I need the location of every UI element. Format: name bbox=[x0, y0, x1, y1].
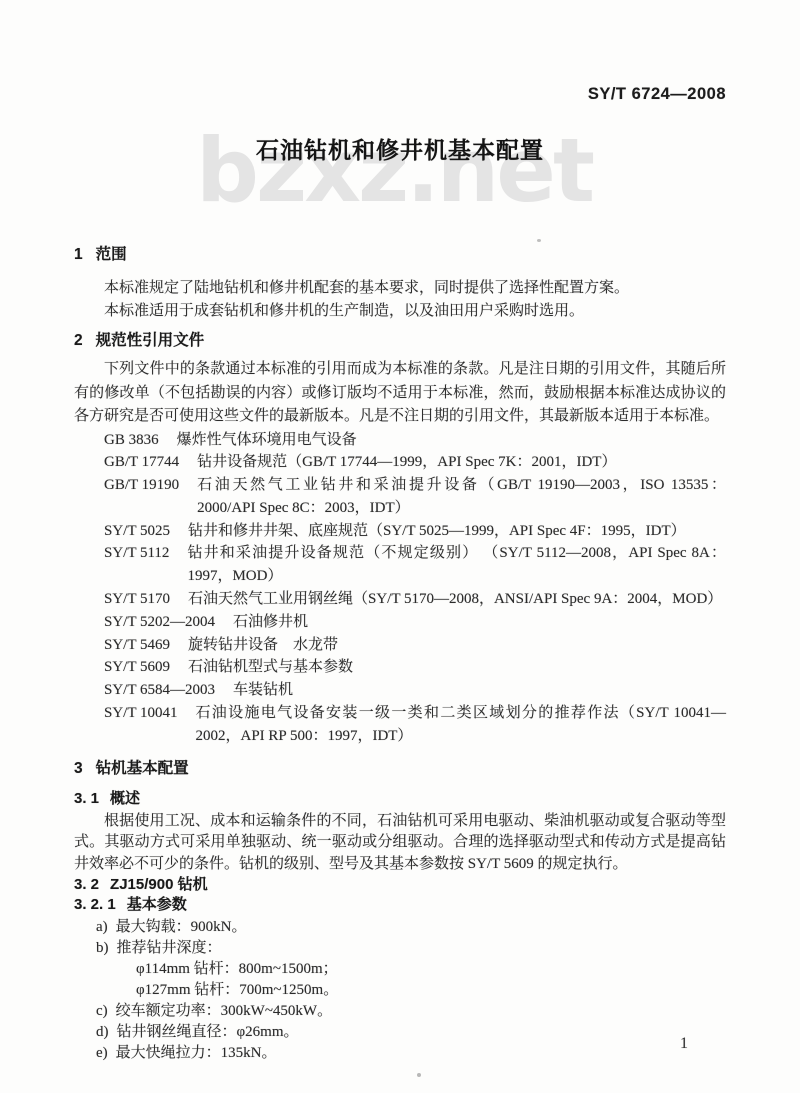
section-3-2-1-title: 基本参数 bbox=[127, 895, 187, 915]
reference-code: SY/T 5025 bbox=[104, 520, 170, 543]
reference-title: 石油天然气工业钻井和采油提升设备（GB/T 19190—2003，ISO 135… bbox=[197, 474, 726, 520]
section-3-2-heading: 3. 2 ZJ15/900 钻机 bbox=[74, 875, 726, 895]
section-3-title: 钻机基本配置 bbox=[96, 759, 189, 779]
list-item: d) 钻井钢丝绳直径：φ26mm。 bbox=[96, 1022, 726, 1043]
list-text: φ127mm 钻杆：700m~1250m。 bbox=[136, 980, 338, 1001]
section-3-2-title: ZJ15/900 钻机 bbox=[110, 875, 208, 895]
section-1-heading: 1 范围 bbox=[74, 245, 726, 265]
section-3-1-title: 概述 bbox=[110, 789, 140, 809]
scope-paragraph-2: 本标准适用于成套钻机和修井机的生产制造，以及油田用户采购时选用。 bbox=[74, 300, 726, 323]
reference-code: SY/T 5202—2004 bbox=[104, 611, 215, 634]
section-3-2-1-heading: 3. 2. 1 基本参数 bbox=[74, 895, 726, 915]
section-3-2-number: 3. 2 bbox=[74, 875, 99, 895]
reference-title: 车装钻机 bbox=[233, 679, 726, 702]
references-intro-paragraph: 下列文件中的条款通过本标准的引用而成为本标准的条款。凡是注日期的引用文件，其随后… bbox=[74, 358, 726, 429]
reference-item: SY/T 5112 钻井和采油提升设备规范（不规定级别） （SY/T 5112—… bbox=[104, 542, 726, 588]
reference-item: SY/T 5202—2004 石油修井机 bbox=[104, 611, 726, 634]
reference-item: GB 3836 爆炸性气体环境用电气设备 bbox=[104, 429, 726, 452]
reference-title: 钻井和修井井架、底座规范（SY/T 5025—1999，API Spec 4F：… bbox=[188, 520, 726, 543]
list-subitem: φ114mm 钻杆：800m~1500m； bbox=[136, 959, 726, 980]
reference-title: 石油修井机 bbox=[233, 611, 726, 634]
list-item: c) 绞车额定功率：300kW~450kW。 bbox=[96, 1001, 726, 1022]
reference-title: 爆炸性气体环境用电气设备 bbox=[177, 429, 726, 452]
list-marker: d) bbox=[96, 1022, 109, 1043]
list-text: 钻井钢丝绳直径：φ26mm。 bbox=[117, 1022, 299, 1043]
list-item: b) 推荐钻井深度： bbox=[96, 938, 726, 959]
overview-paragraph: 根据使用工况、成本和运输条件的不同，石油钻机可采用电驱动、柴油机驱动或复合驱动等… bbox=[74, 811, 726, 876]
reference-title: 石油天然气工业用钢丝绳（SY/T 5170—2008，ANSI/API Spec… bbox=[188, 588, 726, 611]
section-3-2-1-number: 3. 2. 1 bbox=[74, 895, 116, 915]
list-subitem: φ127mm 钻杆：700m~1250m。 bbox=[136, 980, 726, 1001]
list-text: 最大钩载：900kN。 bbox=[116, 917, 247, 938]
reference-title: 钻井和采油提升设备规范（不规定级别） （SY/T 5112—2008，API S… bbox=[187, 542, 726, 588]
parameter-list: a) 最大钩载：900kN。 b) 推荐钻井深度： φ114mm 钻杆：800m… bbox=[74, 917, 726, 1064]
reference-list: GB 3836 爆炸性气体环境用电气设备 GB/T 17744 钻井设备规范（G… bbox=[104, 429, 726, 748]
reference-title: 石油钻机型式与基本参数 bbox=[188, 656, 726, 679]
list-marker: a) bbox=[96, 917, 108, 938]
section-1-title: 范围 bbox=[96, 245, 127, 265]
list-item: a) 最大钩载：900kN。 bbox=[96, 917, 726, 938]
section-2-heading: 2 规范性引用文件 bbox=[74, 331, 726, 351]
reference-code: GB/T 19190 bbox=[104, 474, 179, 520]
document-title: 石油钻机和修井机基本配置 bbox=[74, 135, 726, 165]
scan-speck bbox=[417, 1073, 421, 1077]
reference-code: SY/T 5469 bbox=[104, 634, 170, 657]
section-2-number: 2 bbox=[74, 331, 83, 351]
section-3-1-heading: 3. 1 概述 bbox=[74, 789, 726, 809]
section-3-number: 3 bbox=[74, 759, 83, 779]
reference-item: SY/T 5469 旋转钻井设备 水龙带 bbox=[104, 634, 726, 657]
section-3-1-number: 3. 1 bbox=[74, 789, 99, 809]
list-text: 最大快绳拉力：135kN。 bbox=[116, 1043, 277, 1064]
section-2-title: 规范性引用文件 bbox=[96, 331, 205, 351]
list-text: 绞车额定功率：300kW~450kW。 bbox=[116, 1001, 332, 1022]
reference-item: SY/T 6584—2003 车装钻机 bbox=[104, 679, 726, 702]
reference-code: GB 3836 bbox=[104, 429, 159, 452]
reference-code: SY/T 5170 bbox=[104, 588, 170, 611]
document-page: SY/T 6724—2008 bzxz.net 石油钻机和修井机基本配置 1 范… bbox=[0, 0, 800, 1093]
reference-item: SY/T 5170 石油天然气工业用钢丝绳（SY/T 5170—2008，ANS… bbox=[104, 588, 726, 611]
doc-number: SY/T 6724—2008 bbox=[74, 86, 726, 103]
title-block: bzxz.net 石油钻机和修井机基本配置 bbox=[74, 135, 726, 201]
reference-title: 石油设施电气设备安装一级一类和二类区域划分的推荐作法（SY/T 10041—20… bbox=[195, 702, 726, 748]
list-text: φ114mm 钻杆：800m~1500m； bbox=[136, 959, 338, 980]
page-number: 1 bbox=[680, 1035, 688, 1052]
section-1-number: 1 bbox=[74, 245, 83, 265]
reference-title: 钻井设备规范（GB/T 17744—1999，API Spec 7K：2001，… bbox=[197, 451, 726, 474]
list-marker: b) bbox=[96, 938, 109, 959]
reference-code: SY/T 6584—2003 bbox=[104, 679, 215, 702]
reference-item: SY/T 5025 钻井和修井井架、底座规范（SY/T 5025—1999，AP… bbox=[104, 520, 726, 543]
list-marker: c) bbox=[96, 1001, 108, 1022]
reference-item: SY/T 5609 石油钻机型式与基本参数 bbox=[104, 656, 726, 679]
reference-code: GB/T 17744 bbox=[104, 451, 179, 474]
reference-code: SY/T 5609 bbox=[104, 656, 170, 679]
section-3-heading: 3 钻机基本配置 bbox=[74, 759, 726, 779]
reference-item: GB/T 17744 钻井设备规范（GB/T 17744—1999，API Sp… bbox=[104, 451, 726, 474]
reference-item: SY/T 10041 石油设施电气设备安装一级一类和二类区域划分的推荐作法（SY… bbox=[104, 702, 726, 748]
list-marker: e) bbox=[96, 1043, 108, 1064]
scan-speck bbox=[537, 239, 541, 242]
scope-paragraph-1: 本标准规定了陆地钻机和修井机配套的基本要求，同时提供了选择性配置方案。 bbox=[74, 277, 726, 300]
reference-code: SY/T 5112 bbox=[104, 542, 169, 588]
reference-code: SY/T 10041 bbox=[104, 702, 177, 748]
reference-item: GB/T 19190 石油天然气工业钻井和采油提升设备（GB/T 19190—2… bbox=[104, 474, 726, 520]
reference-title: 旋转钻井设备 水龙带 bbox=[188, 634, 726, 657]
list-text: 推荐钻井深度： bbox=[117, 938, 222, 959]
list-item: e) 最大快绳拉力：135kN。 bbox=[96, 1043, 726, 1064]
